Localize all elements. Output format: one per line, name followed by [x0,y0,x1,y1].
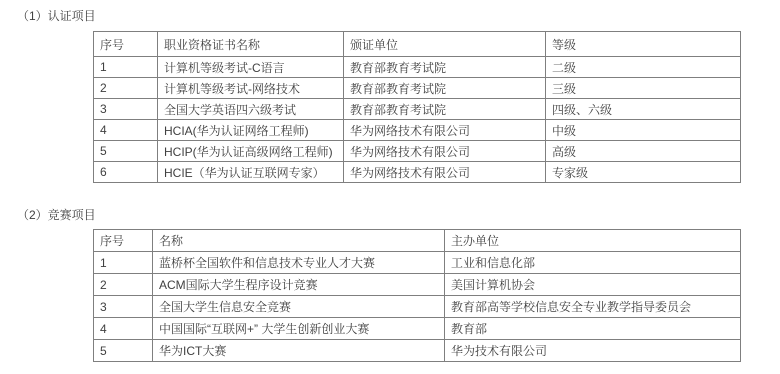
table-cell: ACM国际大学生程序设计竞赛 [153,274,445,296]
table-cell: 教育部教育考试院 [344,78,546,99]
table-cell: 三级 [546,78,741,99]
table-row: 1计算机等级考试-C语言教育部教育考试院二级 [94,57,741,78]
table-row: 4中国国际“互联网+” 大学生创新创业大赛教育部 [94,318,741,340]
table-header-row: 序号 职业资格证书名称 颁证单位 等级 [94,32,741,57]
table-cell: 美国计算机协会 [445,274,741,296]
table-cell: 蓝桥杯全国软件和信息技术专业人才大赛 [153,252,445,274]
table-row: 2计算机等级考试-网络技术教育部教育考试院三级 [94,78,741,99]
table-cell: 1 [94,252,153,274]
column-header-competition-name: 名称 [153,230,445,252]
table-cell: 3 [94,296,153,318]
table-row: 5HCIP(华为认证高级网络工程师)华为网络技术有限公司高级 [94,141,741,162]
table-cell: 教育部 [445,318,741,340]
table-row: 5华为ICT大赛华为技术有限公司 [94,340,741,362]
table-header-row: 序号 名称 主办单位 [94,230,741,252]
table-cell: 4 [94,120,158,141]
table-cell: HCIP(华为认证高级网络工程师) [158,141,344,162]
column-header-level: 等级 [546,32,741,57]
table-cell: 中国国际“互联网+” 大学生创新创业大赛 [153,318,445,340]
table-cell: 计算机等级考试-C语言 [158,57,344,78]
column-header-certificate-name: 职业资格证书名称 [158,32,344,57]
table-cell: 华为网络技术有限公司 [344,162,546,183]
table-cell: 教育部教育考试院 [344,57,546,78]
table-cell: 2 [94,274,153,296]
column-header-index: 序号 [94,230,153,252]
table-cell: 4 [94,318,153,340]
table-cell: 华为ICT大赛 [153,340,445,362]
document-page: （1）认证项目 序号 职业资格证书名称 颁证单位 等级 1计算机等级考试-C语言… [0,0,780,374]
table-cell: 1 [94,57,158,78]
certification-table: 序号 职业资格证书名称 颁证单位 等级 1计算机等级考试-C语言教育部教育考试院… [93,31,741,183]
column-header-organizer: 主办单位 [445,230,741,252]
table-cell: 3 [94,99,158,120]
table-row: 4HCIA(华为认证网络工程师)华为网络技术有限公司中级 [94,120,741,141]
competition-table: 序号 名称 主办单位 1蓝桥杯全国软件和信息技术专业人才大赛工业和信息化部2AC… [93,229,741,362]
table-cell: HCIE（华为认证互联网专家） [158,162,344,183]
table-row: 3全国大学英语四六级考试教育部教育考试院四级、六级 [94,99,741,120]
table-cell: 专家级 [546,162,741,183]
table-cell: 6 [94,162,158,183]
table-cell: 四级、六级 [546,99,741,120]
table-row: 1蓝桥杯全国软件和信息技术专业人才大赛工业和信息化部 [94,252,741,274]
table-cell: 5 [94,340,153,362]
table-cell: 工业和信息化部 [445,252,741,274]
table-row: 2ACM国际大学生程序设计竞赛美国计算机协会 [94,274,741,296]
table-cell: 教育部高等学校信息安全专业教学指导委员会 [445,296,741,318]
table-cell: 华为技术有限公司 [445,340,741,362]
table-cell: 二级 [546,57,741,78]
table-cell: 计算机等级考试-网络技术 [158,78,344,99]
table-row: 3全国大学生信息安全竞赛教育部高等学校信息安全专业教学指导委员会 [94,296,741,318]
column-header-issuing-unit: 颁证单位 [344,32,546,57]
table-cell: 中级 [546,120,741,141]
table-cell: 华为网络技术有限公司 [344,141,546,162]
table-cell: 教育部教育考试院 [344,99,546,120]
column-header-index: 序号 [94,32,158,57]
table-cell: 全国大学生信息安全竞赛 [153,296,445,318]
section-heading-certification: （1）认证项目 [17,9,96,23]
table-cell: 5 [94,141,158,162]
section-heading-competition: （2）竞赛项目 [17,208,96,222]
table-cell: 全国大学英语四六级考试 [158,99,344,120]
table-cell: 高级 [546,141,741,162]
table-cell: 华为网络技术有限公司 [344,120,546,141]
table-cell: 2 [94,78,158,99]
table-row: 6HCIE（华为认证互联网专家）华为网络技术有限公司专家级 [94,162,741,183]
table-cell: HCIA(华为认证网络工程师) [158,120,344,141]
